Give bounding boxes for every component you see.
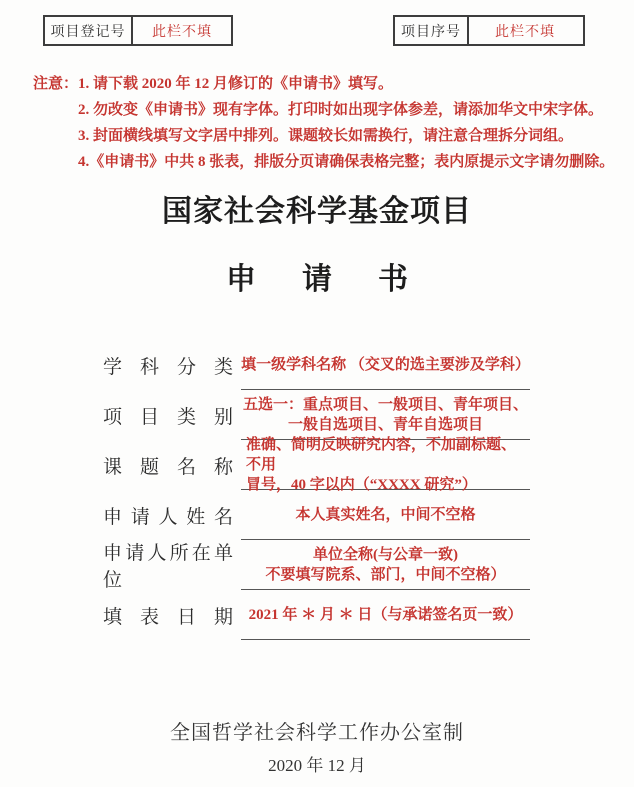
notice-block: 注意： 1. 请下载 2020 年 12 月修订的《申请书》填写。 2. 勿改变… — [33, 71, 625, 175]
notice-line: 注意： 1. 请下载 2020 年 12 月修订的《申请书》填写。 — [33, 71, 625, 97]
field-value-applicant-name: 本人真实姓名，中间不空格 — [241, 490, 530, 540]
field-row-discipline: 学科分类 填一级学科名称 （交叉的选主要涉及学科） — [103, 340, 530, 390]
registration-number-value: 此栏不填 — [133, 17, 231, 44]
notice-item: 2. 勿改变《申请书》现有字体。打印时如出现字体参差，请添加华文中宋字体。 — [33, 97, 625, 123]
application-form-cover: 项目登记号 此栏不填 项目序号 此栏不填 注意： 1. 请下载 2020 年 1… — [0, 0, 634, 787]
field-label-applicant-organization: 申请人所在单位 — [103, 540, 233, 590]
field-value-applicant-organization: 单位全称(与公章一致) 不要填写院系、部门，中间不空格） — [241, 540, 530, 590]
document-subtitle: 申请书 — [0, 254, 634, 298]
field-label-discipline: 学科分类 — [103, 340, 233, 390]
field-row-applicant-name: 申请人姓名 本人真实姓名，中间不空格 — [103, 490, 530, 540]
project-serial-value: 此栏不填 — [469, 17, 581, 44]
field-value-fill-date: 2021 年 ＊ 月 ＊ 日（与承诺签名页一致） — [241, 590, 530, 640]
issuer-line: 全国哲学社会科学工作办公室制 — [0, 716, 634, 745]
cover-fields-form: 学科分类 填一级学科名称 （交叉的选主要涉及学科） 项目类别 五选一：重点项目、… — [103, 340, 530, 640]
project-serial-label: 项目序号 — [395, 17, 469, 44]
notice-prefix: 注意： — [33, 71, 78, 97]
notice-item: 3. 封面横线填写文字居中排列。课题较长如需换行，请注意合理拆分词组。 — [33, 123, 625, 149]
registration-number-label: 项目登记号 — [45, 17, 133, 44]
field-row-project-title: 课题名称 准确、简明反映研究内容，不加副标题、不用 冒号，40 字以内（“XXX… — [103, 440, 530, 490]
field-label-project-title: 课题名称 — [103, 440, 233, 490]
field-label-fill-date: 填表日期 — [103, 590, 233, 640]
field-label-project-type: 项目类别 — [103, 390, 233, 440]
field-value-discipline: 填一级学科名称 （交叉的选主要涉及学科） — [241, 340, 530, 390]
project-serial-table: 项目序号 此栏不填 — [393, 15, 585, 46]
notice-item: 4.《申请书》中共 8 张表，排版分页请确保表格完整；表内原提示文字请勿删除。 — [33, 149, 625, 175]
field-row-fill-date: 填表日期 2021 年 ＊ 月 ＊ 日（与承诺签名页一致） — [103, 590, 530, 640]
field-label-applicant-name: 申请人姓名 — [103, 490, 233, 540]
field-value-project-type: 五选一：重点项目、一般项目、青年项目、 一般自选项目、青年自选项目 — [241, 390, 530, 440]
registration-number-table: 项目登记号 此栏不填 — [43, 15, 233, 46]
field-row-applicant-organization: 申请人所在单位 单位全称(与公章一致) 不要填写院系、部门，中间不空格） — [103, 540, 530, 590]
field-value-project-title: 准确、简明反映研究内容，不加副标题、不用 冒号，40 字以内（“XXXX 研究”… — [241, 440, 530, 490]
document-title: 国家社会科学基金项目 — [0, 186, 634, 230]
notice-item: 1. 请下载 2020 年 12 月修订的《申请书》填写。 — [78, 71, 393, 97]
field-row-project-type: 项目类别 五选一：重点项目、一般项目、青年项目、 一般自选项目、青年自选项目 — [103, 390, 530, 440]
date-line: 2020 年 12 月 — [0, 751, 634, 776]
